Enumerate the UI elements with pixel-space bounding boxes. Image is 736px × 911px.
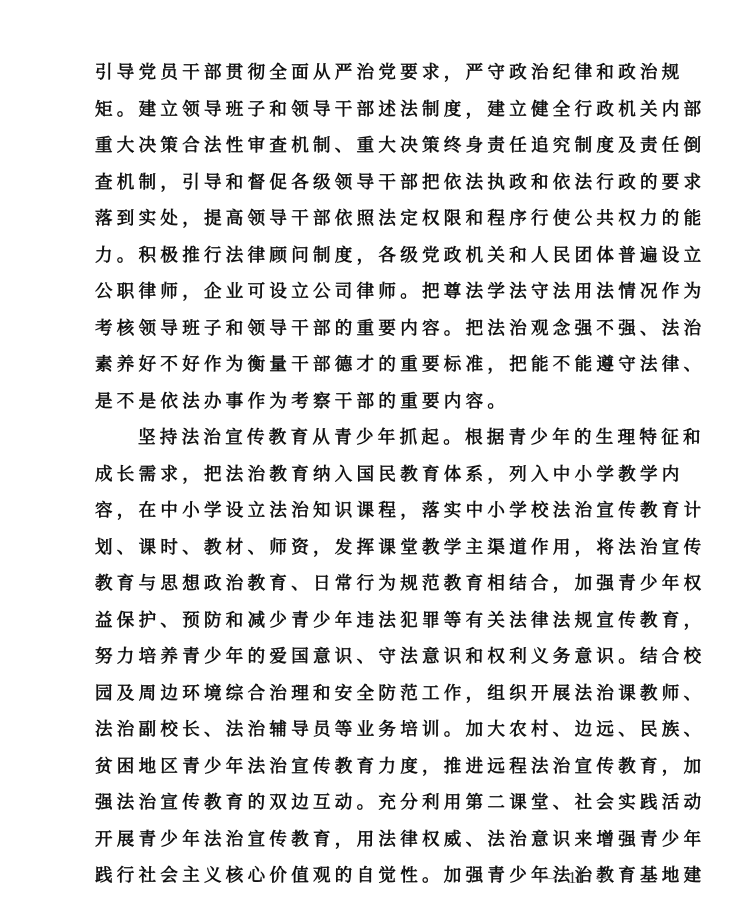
page-number: 11 bbox=[568, 868, 584, 888]
text-line: 努力培养青少年的爱国意识、守法意识和权利义务意识。结合校 bbox=[95, 639, 643, 676]
text-line: 是不是依法办事作为考察干部的重要内容。 bbox=[95, 384, 643, 421]
text-line: 园及周边环境综合治理和安全防范工作，组织开展法治课教师、 bbox=[95, 676, 643, 713]
text-line: 开展青少年法治宣传教育，用法律权威、法治意识来增强青少年 bbox=[95, 822, 643, 859]
text-line: 力。积极推行法律顾问制度，各级党政机关和人民团体普遍设立 bbox=[95, 238, 643, 275]
text-line: 引导党员干部贯彻全面从严治党要求，严守政治纪律和政治规 bbox=[95, 55, 643, 92]
text-line: 益保护、预防和减少青少年违法犯罪等有关法律法规宣传教育， bbox=[95, 603, 643, 640]
text-line: 重大决策合法性审查机制、重大决策终身责任追究制度及责任倒 bbox=[95, 128, 643, 165]
text-line: 贫困地区青少年法治宣传教育力度，推进远程法治宣传教育，加 bbox=[95, 749, 643, 786]
text-line: 容，在中小学设立法治知识课程，落实中小学校法治宣传教育计 bbox=[95, 493, 643, 530]
text-line: 教育与思想政治教育、日常行为规范教育相结合，加强青少年权 bbox=[95, 566, 643, 603]
text-line: 考核领导班子和领导干部的重要内容。把法治观念强不强、法治 bbox=[95, 311, 643, 348]
body-text: 引导党员干部贯彻全面从严治党要求，严守政治纪律和政治规 矩。建立领导班子和领导干… bbox=[95, 55, 643, 895]
text-line: 法治副校长、法治辅导员等业务培训。加大农村、边远、民族、 bbox=[95, 712, 643, 749]
page-number-footer: 11 bbox=[540, 866, 612, 890]
text-line: 划、课时、教材、师资，发挥课堂教学主渠道作用，将法治宣传 bbox=[95, 530, 643, 567]
text-line: 强法治宣传教育的双边互动。充分利用第二课堂、社会实践活动 bbox=[95, 785, 643, 822]
dash-left-decoration bbox=[540, 878, 556, 879]
text-line: 成长需求，把法治教育纳入国民教育体系，列入中小学教学内 bbox=[95, 457, 643, 494]
text-line: 坚持法治宣传教育从青少年抓起。根据青少年的生理特征和 bbox=[95, 420, 643, 457]
text-line: 素养好不好作为衡量干部德才的重要标准，把能不能遵守法律、 bbox=[95, 347, 643, 384]
text-line: 矩。建立领导班子和领导干部述法制度，建立健全行政机关内部 bbox=[95, 92, 643, 129]
document-page: 引导党员干部贯彻全面从严治党要求，严守政治纪律和政治规 矩。建立领导班子和领导干… bbox=[0, 0, 736, 911]
text-line: 公职律师，企业可设立公司律师。把尊法学法守法用法情况作为 bbox=[95, 274, 643, 311]
text-line: 查机制，引导和督促各级领导干部把依法执政和依法行政的要求 bbox=[95, 165, 643, 202]
dash-right-decoration bbox=[596, 878, 612, 879]
text-line: 落到实处，提高领导干部依照法定权限和程序行使公共权力的能 bbox=[95, 201, 643, 238]
